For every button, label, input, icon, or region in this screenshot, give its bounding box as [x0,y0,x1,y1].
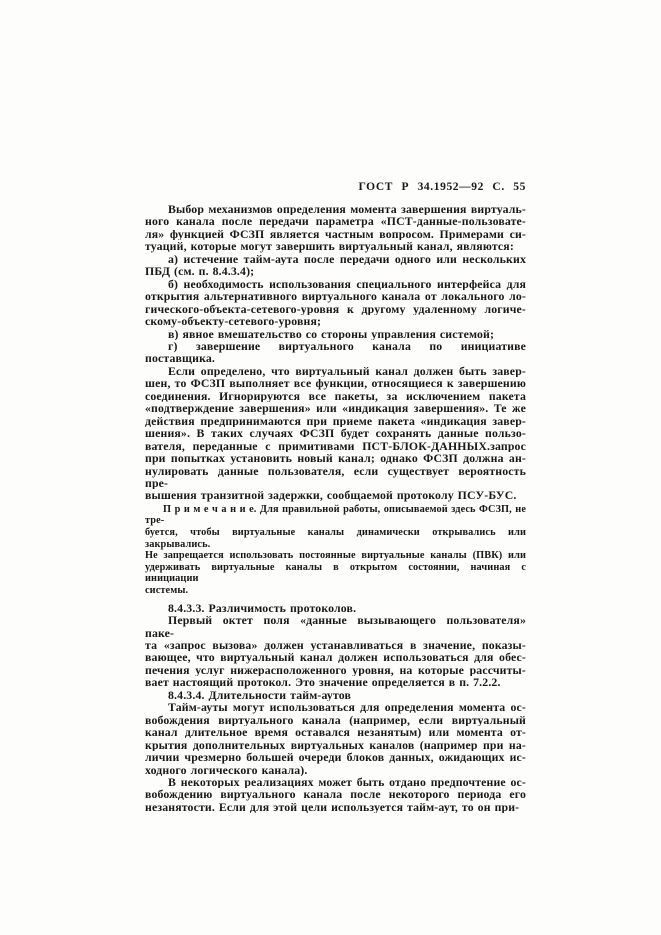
text-line: ПБД (см. п. 8.4.3.4); [145,265,526,277]
paragraph: В некоторых реализациях может быть отдан… [145,776,526,813]
page-header-gost-number: ГОСТ Р 34.1952—92 С. 55 [145,181,526,193]
text-column: ГОСТ Р 34.1952—92 С. 55 Выбор механизмов… [145,181,526,813]
text-line: вышения транзитной задержки, сообщаемой … [145,489,526,501]
text-line: соединения. Игнорируются все пакеты, за … [145,390,526,402]
text-line: В некоторых реализациях может быть отдан… [145,776,526,788]
text-line: «подтверждение завершения» или «индикаци… [145,402,526,414]
text-line: при попытках установить новый канал; одн… [145,452,526,464]
text-line: шения». В таких случаях ФСЗП будет сохра… [145,427,526,439]
text-line: туаций, которые могут завершить виртуаль… [145,240,526,252]
text-line: Не запрещается использовать постоянные в… [145,550,526,562]
text-line: Выбор механизмов определения момента зав… [145,203,526,215]
text-line: печения услуг нижерасположенного уровня,… [145,664,526,676]
text-line: канал длительное время оставался незанят… [145,726,526,738]
paragraph: г) завершение виртуального канала по ини… [145,340,526,365]
document-page: ГОСТ Р 34.1952—92 С. 55 Выбор механизмов… [0,0,661,935]
text-line: Тайм-ауты могут использоваться для опред… [145,701,526,713]
text-line: 8.4.3.3. Различимость протоколов. [145,602,526,614]
text-line: ного канала после передачи параметра «ПС… [145,215,526,227]
text-line: вобождения виртуального канала (например… [145,714,526,726]
text-line: крытия дополнительных виртуальных канало… [145,739,526,751]
section-heading: 8.4.3.3. Различимость протоколов. [145,602,526,614]
paragraph: Первый октет поля «данные вызывающего по… [145,614,526,689]
text-line: Если определено, что виртуальный канал д… [145,365,526,377]
paragraph: б) необходимость использования специальн… [145,278,526,328]
text-line: б) необходимость использования специальн… [145,278,526,290]
text-line: удерживать виртуальные каналы в открытом… [145,562,526,585]
text-line: вателя, переданные с примитивами ПСТ-БЛО… [145,440,526,452]
text-line: системы. [145,585,526,597]
text-line: скому-объекту-сетевого-уровня; [145,315,526,327]
text-line: вает настоящий протокол. Это значение оп… [145,676,526,688]
text-line: в) явное вмешательство со стороны управл… [145,328,526,340]
paragraph: Если определено, что виртуальный канал д… [145,365,526,502]
text-line: вающее, что виртуальный канал должен исп… [145,651,526,663]
text-line: ходного логического канала). [145,764,526,776]
paragraph: Выбор механизмов определения момента зав… [145,203,526,253]
text-line: П р и м е ч а н и е. Для правильной рабо… [145,504,526,527]
text-line: г) завершение виртуального канала по ини… [145,340,526,365]
paragraph: в) явное вмешательство со стороны управл… [145,328,526,340]
paragraph: а) истечение тайм-аута после передачи од… [145,253,526,278]
paragraph: Тайм-ауты могут использоваться для опред… [145,701,526,776]
text-line: шен, то ФСЗП выполняет все функции, отно… [145,377,526,389]
text-line: нулировать данные пользователя, если сущ… [145,465,526,490]
text-line: Первый октет поля «данные вызывающего по… [145,614,526,639]
text-line: 8.4.3.4. Длительности тайм-аутов [145,689,526,701]
section-heading: 8.4.3.4. Длительности тайм-аутов [145,689,526,701]
note-paragraph: П р и м е ч а н и е. Для правильной рабо… [145,504,526,597]
text-line: вобождению виртуального канала после нек… [145,788,526,800]
document-body: Выбор механизмов определения момента зав… [145,203,526,813]
text-line: гического-объекта-сетевого-уровня к друг… [145,303,526,315]
text-line: незанятости. Если для этой цели использу… [145,801,526,813]
text-line: действия предпринимаются при приеме паке… [145,415,526,427]
text-line: ля» функцией ФСЗП является частным вопро… [145,228,526,240]
text-line: а) истечение тайм-аута после передачи од… [145,253,526,265]
text-line: личии чрезмерно большей очереди блоков д… [145,751,526,763]
text-line: та «запрос вызова» должен устанавливатьс… [145,639,526,651]
text-line: открытия альтернативного виртуального ка… [145,290,526,302]
text-line: буется, чтобы виртуальные каналы динамич… [145,527,526,550]
